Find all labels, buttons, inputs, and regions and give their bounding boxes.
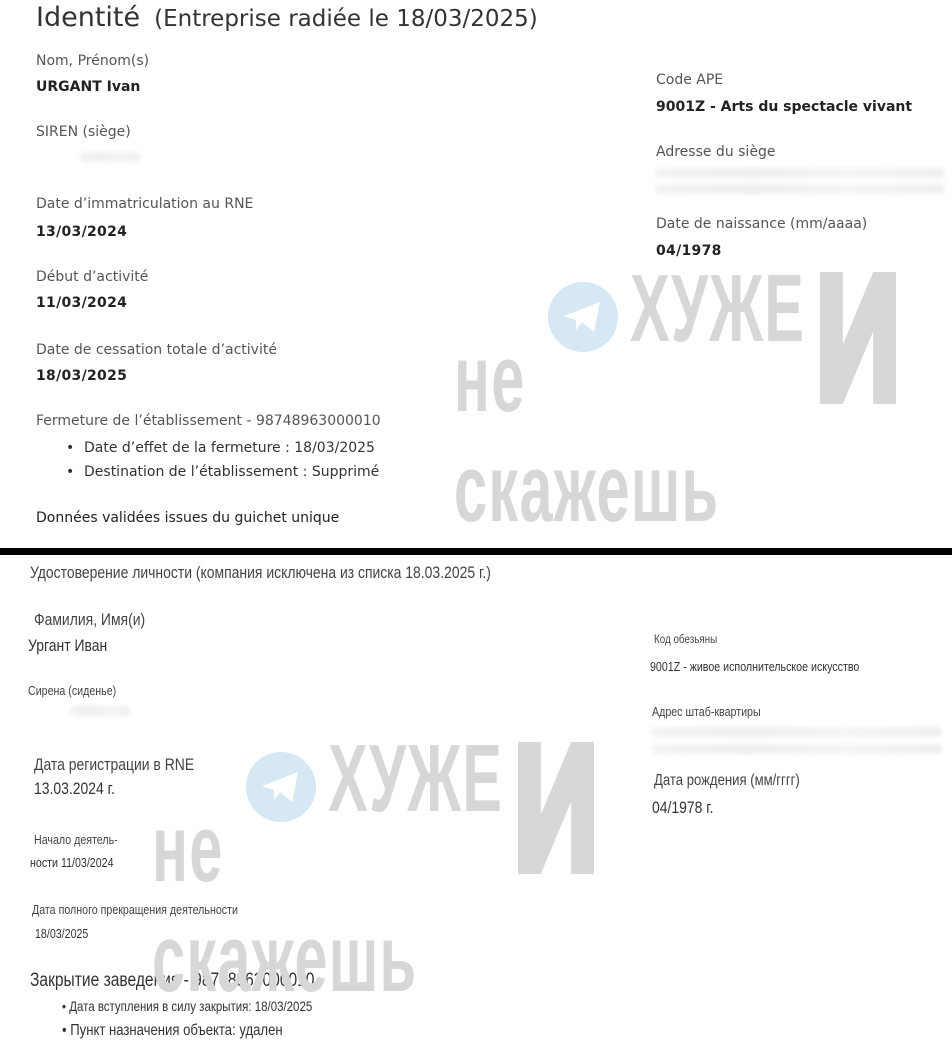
ru-closure-item: • Дата вступления в силу закрытия: 18/03… (62, 998, 312, 1014)
ru-start-label: Начало деятель- (34, 832, 118, 847)
ru-ape-value: 9001Z - живое исполнительское искусство (650, 659, 859, 674)
fr-address-redacted-2 (655, 184, 945, 194)
fr-subtitle: (Entreprise radiée le 18/03/2025) (154, 6, 538, 32)
fr-siren-redacted (80, 152, 140, 162)
watermark-letter (820, 272, 896, 404)
fr-footer-note: Données validées issues du guichet uniqu… (36, 510, 339, 526)
fr-rne-value: 13/03/2024 (36, 224, 127, 240)
ru-siren-redacted (70, 706, 130, 716)
fr-closure-item: Destination de l’établissement : Supprim… (66, 464, 379, 480)
ru-rne-label: Дата регистрации в RNE (34, 755, 194, 775)
telegram-icon (246, 752, 316, 822)
watermark-line1: ХУЖЕ (328, 724, 503, 834)
ru-siren-label: Сирена (сиденье) (28, 683, 116, 698)
ru-address-label: Адрес штаб-квартиры (652, 704, 761, 719)
ru-address-redacted-2 (652, 744, 942, 754)
section-separator (0, 548, 952, 555)
fr-title: Identité (36, 2, 140, 33)
watermark: ХУЖЕ не скажешь (452, 262, 912, 422)
ru-address-redacted (652, 727, 942, 737)
fr-ape-label: Code APE (656, 72, 723, 88)
fr-closure-heading: Fermeture de l’établissement - 987489630… (36, 413, 381, 429)
ru-birth-label: Дата рождения (мм/гггг) (654, 772, 800, 790)
fr-address-redacted (655, 168, 945, 178)
fr-cessation-label: Date de cessation totale d’activité (36, 342, 277, 358)
fr-birth-value: 04/1978 (656, 243, 722, 259)
ru-ape-label: Код обезьяны (654, 632, 717, 646)
fr-closure-list: Date d’effet de la fermeture : 18/03/202… (66, 440, 379, 488)
ru-birth-value: 04/1978 г. (652, 798, 714, 818)
watermark: ХУЖЕ не скажешь (150, 732, 610, 892)
ru-start-value: ности 11/03/2024 (30, 855, 114, 870)
fr-name-value: URGANT Ivan (36, 79, 140, 95)
watermark-letter (518, 742, 594, 874)
fr-start-value: 11/03/2024 (36, 295, 127, 311)
fr-name-label: Nom, Prénom(s) (36, 53, 149, 69)
fr-cessation-value: 18/03/2025 (36, 368, 127, 384)
fr-siren-label: SIREN (siège) (36, 124, 131, 140)
fr-start-label: Début d’activité (36, 269, 148, 285)
ru-rne-value: 13.03.2024 г. (34, 779, 115, 799)
fr-birth-label: Date de naissance (mm/aaaa) (656, 216, 867, 232)
fr-rne-label: Date d’immatriculation au RNE (36, 196, 253, 212)
watermark-line1: ХУЖЕ (630, 254, 805, 364)
fr-ape-value: 9001Z - Arts du spectacle vivant (656, 99, 912, 115)
ru-closure-item: • Пункт назначения объекта: удален (62, 1022, 283, 1040)
ru-cessation-label: Дата полного прекращения деятельности (32, 902, 238, 917)
fr-address-label: Adresse du siège (656, 144, 775, 160)
fr-closure-item: Date d’effet de la fermeture : 18/03/202… (66, 440, 379, 456)
ru-page-title: Удостоверение личности (компания исключе… (30, 563, 491, 583)
ru-cessation-value: 18/03/2025 (35, 926, 88, 941)
ru-name-label: Фамилия, Имя(и) (34, 610, 145, 630)
fr-page-title: Identité(Entreprise radiée le 18/03/2025… (36, 2, 538, 33)
telegram-icon (548, 282, 618, 352)
ru-name-value: Ургант Иван (28, 636, 107, 656)
watermark-line2: не скажешь (454, 324, 738, 544)
ru-closure-heading: Закрытие заведения - 98748963000010 (30, 970, 314, 992)
